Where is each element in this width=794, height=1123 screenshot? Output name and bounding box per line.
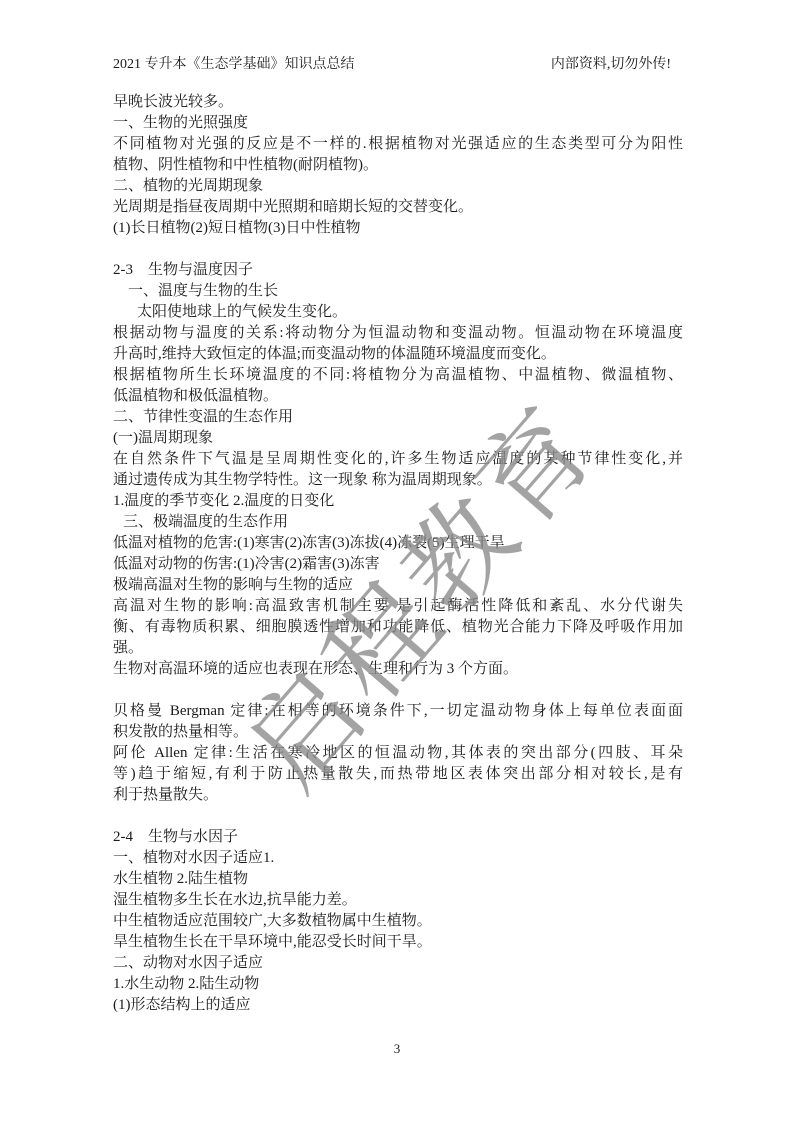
text-line: 升高时,维持大致恒定的体温;而变温动物的体温随环境温度而变化。 bbox=[113, 344, 683, 365]
text-line: 低温对植物的危害:(1)寒害(2)冻害(3)冻拔(4)冻裂(5)生理干旱 bbox=[113, 533, 683, 554]
text-line: 低温对动物的伤害:(1)冷害(2)霜害(3)冻害 bbox=[113, 554, 683, 575]
page-header: 2021 专升本《生态学基础》知识点总结 内部资料,切勿外传! bbox=[113, 56, 671, 73]
text-line: 生物对高温环境的适应也表现在形态、生理和行为 3 个方面。 bbox=[113, 659, 683, 680]
text-line: (1)形态结构上的适应 bbox=[113, 995, 683, 1016]
text-line: 贝格曼 Bergman 定律:在相等的环境条件下,一切定温动物身体上每单位表面面 bbox=[113, 701, 683, 722]
text-line: 太阳使地球上的气候发生变化。 bbox=[113, 302, 683, 323]
text-line: 根据动物与温度的关系:将动物分为恒温动物和变温动物。恒温动物在环境温度 bbox=[113, 323, 683, 344]
page-number: 3 bbox=[394, 1041, 401, 1056]
text-line: 衡、有毒物质积累、细胞膜透性增加和功能降低、植物光合能力下降及呼吸作用加 bbox=[113, 617, 683, 638]
text-line: 二、动物对水因子适应 bbox=[113, 953, 683, 974]
text-line: 利于热量散失。 bbox=[113, 785, 683, 806]
blank-line bbox=[113, 680, 683, 701]
text-line: 光周期是指昼夜周期中光照期和暗期长短的交替变化。 bbox=[113, 197, 683, 218]
text-line: 在自然条件下气温是呈周期性变化的,许多生物适应温度的某种节律性变化,并 bbox=[113, 449, 683, 470]
text-line: 强。 bbox=[113, 638, 683, 659]
text-line: 一、植物对水因子适应1. bbox=[113, 848, 683, 869]
text-line: 早晚长波光较多。 bbox=[113, 92, 683, 113]
text-line: 一、温度与生物的生长 bbox=[113, 281, 683, 302]
text-line: 2-3 生物与温度因子 bbox=[113, 260, 683, 281]
text-line: 二、植物的光周期现象 bbox=[113, 176, 683, 197]
text-line: 低温植物和极低温植物。 bbox=[113, 386, 683, 407]
text-line: 阿伦 Allen 定律:生活在寒冷地区的恒温动物,其体表的突出部分(四肢、耳朵 bbox=[113, 743, 683, 764]
text-line: 二、节律性变温的生态作用 bbox=[113, 407, 683, 428]
text-line: 旱生植物生长在干旱环境中,能忍受长时间干旱。 bbox=[113, 932, 683, 953]
text-line: (一)温周期现象 bbox=[113, 428, 683, 449]
text-line: 极端高温对生物的影响与生物的适应 bbox=[113, 575, 683, 596]
text-line: 根据植物所生长环境温度的不同:将植物分为高温植物、中温植物、微温植物、 bbox=[113, 365, 683, 386]
document-body: 早晚长波光较多。一、生物的光照强度不同植物对光强的反应是不一样的.根据植物对光强… bbox=[113, 92, 683, 1016]
text-line: 等)趋于缩短,有利于防止热量散失,而热带地区表体突出部分相对较长,是有 bbox=[113, 764, 683, 785]
text-line: 积发散的热量相等。 bbox=[113, 722, 683, 743]
text-line: 中生植物适应范围较广,大多数植物属中生植物。 bbox=[113, 911, 683, 932]
text-line: 2-4 生物与水因子 bbox=[113, 827, 683, 848]
text-line: 1.温度的季节变化 2.温度的日变化 bbox=[113, 491, 683, 512]
text-line: 1.水生动物 2.陆生动物 bbox=[113, 974, 683, 995]
text-line: 不同植物对光强的反应是不一样的.根据植物对光强适应的生态类型可分为阳性 bbox=[113, 134, 683, 155]
text-line: 通过遗传成为其生物学特性。这一现象 称为温周期现象。 bbox=[113, 470, 683, 491]
blank-line bbox=[113, 806, 683, 827]
page-footer: 3 bbox=[0, 1041, 794, 1057]
text-line: 水生植物 2.陆生植物 bbox=[113, 869, 683, 890]
text-line: 湿生植物多生长在水边,抗旱能力差。 bbox=[113, 890, 683, 911]
header-title: 2021 专升本《生态学基础》知识点总结 bbox=[113, 56, 355, 73]
text-line: (1)长日植物(2)短日植物(3)日中性植物 bbox=[113, 218, 683, 239]
text-line: 一、生物的光照强度 bbox=[113, 113, 683, 134]
header-notice: 内部资料,切勿外传! bbox=[551, 56, 671, 73]
blank-line bbox=[113, 239, 683, 260]
text-line: 高温对生物的影响:高温致害机制主要 是引起酶活性降低和紊乱、水分代谢失 bbox=[113, 596, 683, 617]
text-line: 三、极端温度的生态作用 bbox=[113, 512, 683, 533]
text-line: 植物、阴性植物和中性植物(耐阴植物)。 bbox=[113, 155, 683, 176]
document-page: 2021 专升本《生态学基础》知识点总结 内部资料,切勿外传! 早晚长波光较多。… bbox=[0, 0, 794, 1123]
